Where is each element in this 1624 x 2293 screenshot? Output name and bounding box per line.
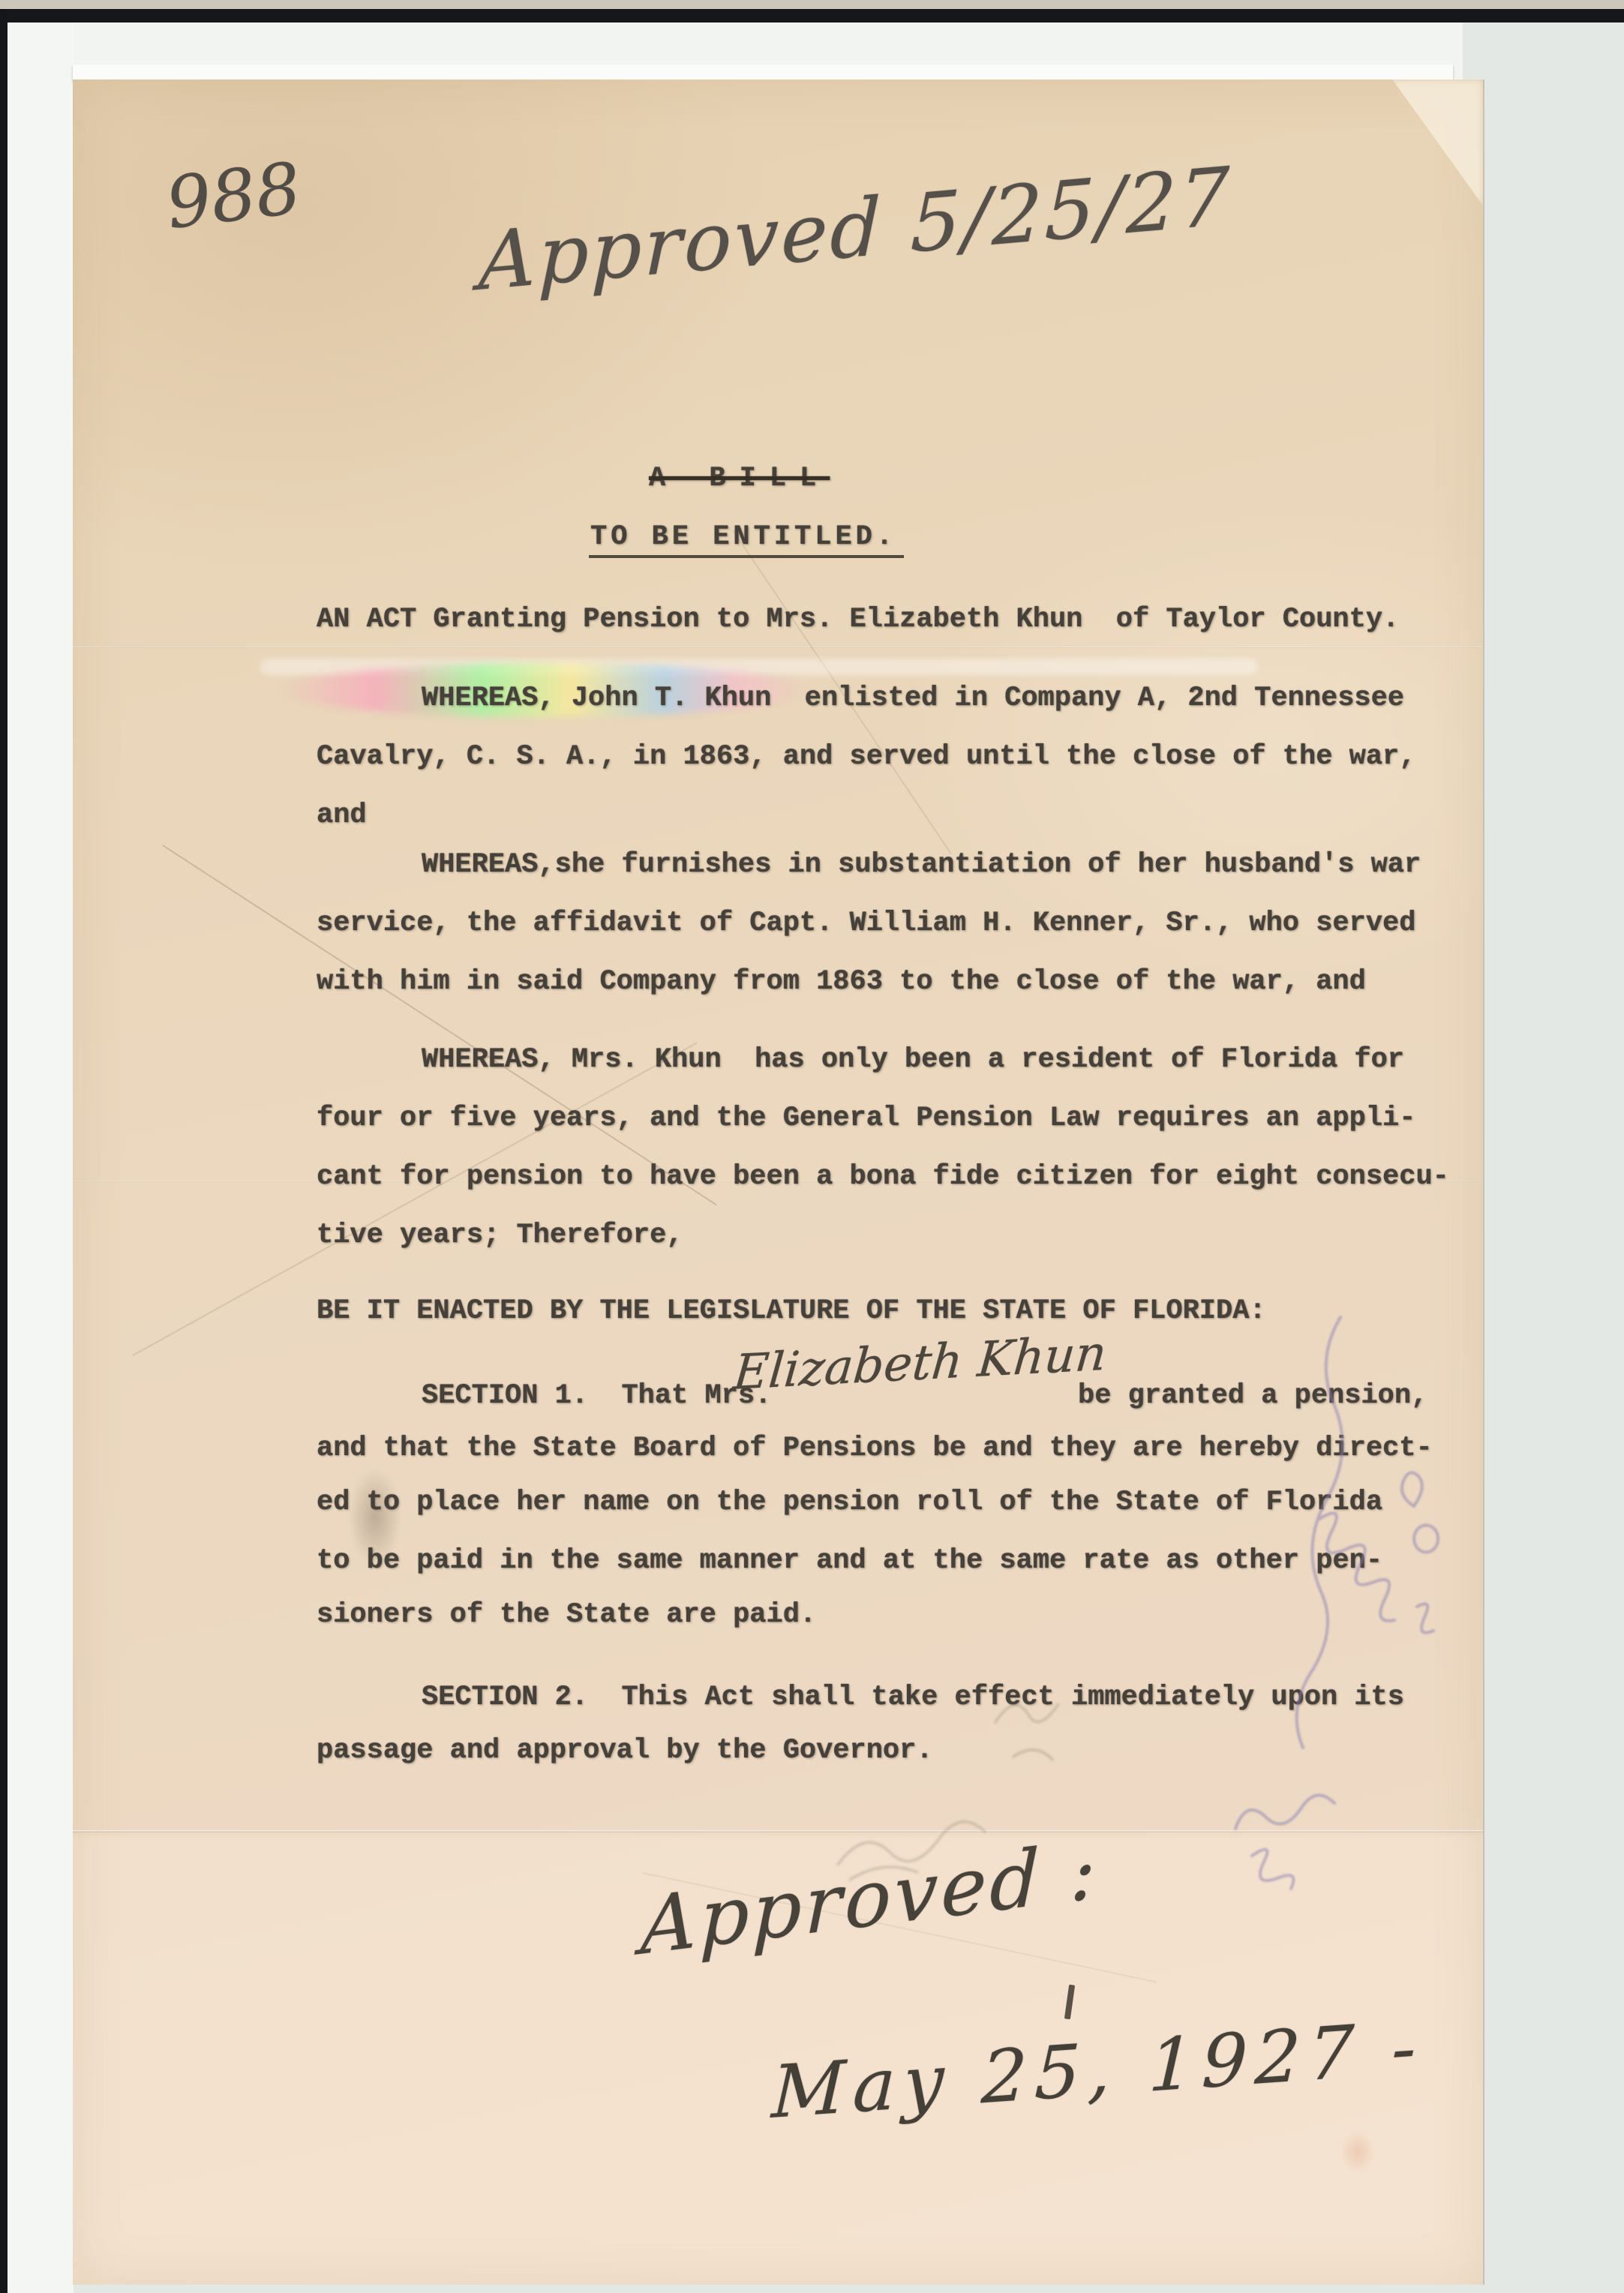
approval-date-annotation: May 25, 1927 - bbox=[770, 2005, 1425, 2135]
bleedthrough-squiggle bbox=[1402, 1472, 1438, 1632]
typed-line-13: SECTION 1. That Mrs. bbox=[422, 1381, 771, 1411]
bleedthrough-squiggle bbox=[1318, 1513, 1394, 1621]
fold-crease-upper bbox=[73, 647, 1483, 648]
bleedthrough-squiggle bbox=[995, 1704, 1058, 1760]
bleedthrough-squiggle bbox=[1252, 1850, 1293, 1889]
typed-line-18: sioners of the State are paid. bbox=[317, 1600, 816, 1630]
struck-title: A BILL bbox=[649, 464, 830, 494]
handwritten-name: Elizabeth Khun bbox=[731, 1326, 1109, 1401]
bleedthrough-squiggle bbox=[1297, 1317, 1343, 1748]
page-number-annotation: 988 bbox=[162, 148, 305, 245]
bleedthrough-squiggle bbox=[838, 1822, 985, 1880]
pencil-bleedthrough-marks bbox=[808, 1640, 1123, 1910]
scratch-line bbox=[162, 845, 716, 1205]
typed-line-9: four or five years, and the General Pens… bbox=[317, 1103, 1415, 1133]
typed-line-7: with him in said Company from 1863 to th… bbox=[317, 967, 1366, 997]
typed-line-1: AN ACT Granting Pension to Mrs. Elizabet… bbox=[317, 605, 1399, 635]
approval-annotation-top: Approved 5/25/27 bbox=[478, 150, 1232, 308]
faded-corner bbox=[1376, 80, 1483, 206]
typed-line-5: WHEREAS,she furnishes in substantiation … bbox=[422, 850, 1421, 880]
stray-ink-mark bbox=[1064, 1985, 1075, 2020]
typed-line-6: service, the affidavit of Capt. William … bbox=[317, 908, 1415, 938]
typed-line-3: Cavalry, C. S. A., in 1863, and served u… bbox=[317, 742, 1415, 772]
frame-bar-top bbox=[0, 9, 1624, 23]
mat-left bbox=[8, 23, 74, 2293]
typed-line-10: cant for pension to have been a bona fid… bbox=[317, 1162, 1449, 1192]
typed-line-2: WHEREAS, John T. Khun enlisted in Compan… bbox=[422, 683, 1404, 713]
scan-edge-strip bbox=[0, 0, 1624, 9]
document-page: 988 Approved 5/25/27 A BILL TO BE ENTITL… bbox=[73, 80, 1483, 2285]
tape-strip bbox=[73, 65, 1453, 81]
typed-line-11: tive years; Therefore, bbox=[317, 1220, 683, 1250]
paper-stain bbox=[1340, 2131, 1375, 2173]
bleedthrough-squiggle bbox=[1235, 1795, 1334, 1829]
typed-line-4: and bbox=[317, 800, 367, 830]
scanned-document-photo: { "colors": { "background_gray": "#e3e8e… bbox=[0, 0, 1624, 2293]
frame-bar-left bbox=[0, 9, 8, 2293]
document-title: TO BE ENTITLED. bbox=[589, 522, 904, 558]
ink-bleedthrough-marks bbox=[1093, 1295, 1483, 1895]
typed-line-8: WHEREAS, Mrs. Khun has only been a resid… bbox=[422, 1045, 1404, 1075]
